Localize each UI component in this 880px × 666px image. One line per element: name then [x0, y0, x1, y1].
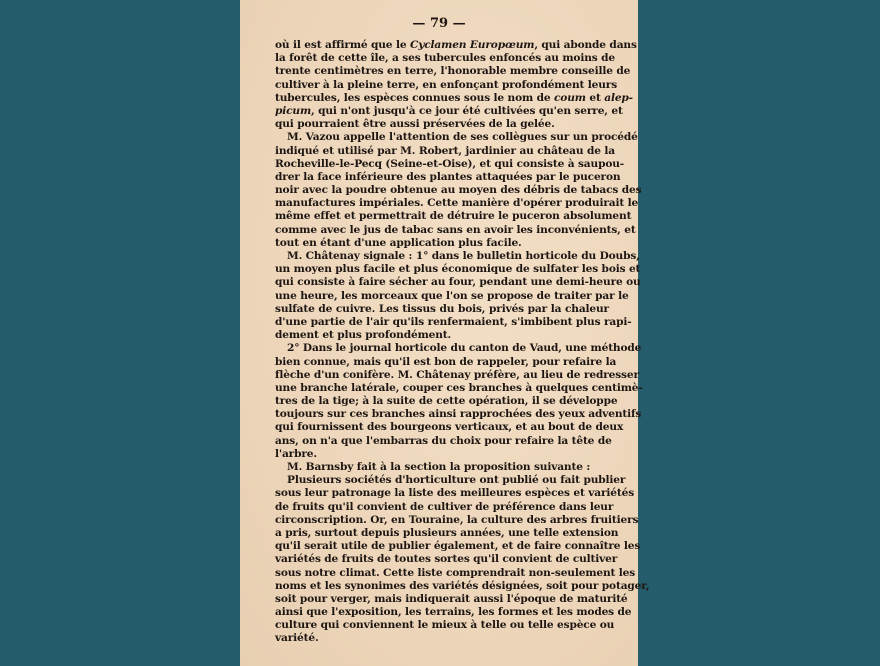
text-line: manufactures impériales. Cette manière d… — [275, 197, 609, 210]
text-line: flèche d'un conifère. M. Châtenay préfèr… — [275, 369, 609, 382]
scanned-page: — 79 — où il est affirmé que le Cyclamen… — [240, 0, 638, 666]
page-number: — 79 — — [240, 16, 638, 31]
text-line: toujours sur ces branches ainsi rapproch… — [275, 408, 609, 421]
text-line: drer la face inférieure des plantes atta… — [275, 171, 609, 184]
text-line: indiqué et utilisé par M. Robert, jardin… — [275, 145, 609, 158]
text-line: tres de la tige; à la suite de cette opé… — [275, 395, 609, 408]
text-line: une branche latérale, couper ces branche… — [275, 382, 609, 395]
text-line: a pris, surtout depuis plusieurs années,… — [275, 527, 609, 540]
text-line: de fruits qu'il convient de cultiver de … — [275, 501, 609, 514]
text-line: circonscription. Or, en Touraine, la cul… — [275, 514, 609, 527]
text-line: ainsi que l'exposition, les terrains, le… — [275, 606, 609, 619]
text-line: variétés de fruits de toutes sortes qu'i… — [275, 553, 609, 566]
text-line: variété. — [275, 632, 609, 645]
text-line: qui consiste à faire sécher au four, pen… — [275, 276, 609, 289]
text-line: la forêt de cette île, a ses tubercules … — [275, 52, 609, 65]
text-line: Plusieurs sociétés d'horticulture ont pu… — [275, 474, 609, 487]
text-line: sous notre climat. Cette liste comprendr… — [275, 567, 609, 580]
text-line: qui pourraient être aussi préservées de … — [275, 118, 609, 131]
text-line: culture qui conviennent le mieux à telle… — [275, 619, 609, 632]
text-line: sulfate de cuivre. Les tissus du bois, p… — [275, 303, 609, 316]
text-line: d'une partie de l'air qu'ils renfermaien… — [275, 316, 609, 329]
text-line: une heure, les morceaux que l'on se prop… — [275, 290, 609, 303]
text-line: soit pour verger, mais indiquerait aussi… — [275, 593, 609, 606]
text-line: qui fournissent des bourgeons verticaux,… — [275, 421, 609, 434]
text-line: M. Barnsby fait à la section la proposit… — [275, 461, 609, 474]
text-line: qu'il serait utile de publier également,… — [275, 540, 609, 553]
text-line: dement et plus profondément. — [275, 329, 609, 342]
text-line: trente centimètres en terre, l'honorable… — [275, 65, 609, 78]
text-line: ans, on n'a que l'embarras du choix pour… — [275, 435, 609, 448]
text-line: picum, qui n'ont jusqu'à ce jour été cul… — [275, 105, 609, 118]
text-line: tout en étant d'une application plus fac… — [275, 237, 609, 250]
text-line: 2° Dans le journal horticole du canton d… — [275, 342, 609, 355]
text-line: cultiver à la pleine terre, en enfonçant… — [275, 79, 609, 92]
text-line: bien connue, mais qu'il est bon de rappe… — [275, 356, 609, 369]
text-line: M. Vazou appelle l'attention de ses coll… — [275, 131, 609, 144]
text-line: même effet et permettrait de détruire le… — [275, 210, 609, 223]
text-line: sous leur patronage la liste des meilleu… — [275, 487, 609, 500]
text-line: noir avec la poudre obtenue au moyen des… — [275, 184, 609, 197]
body-text: où il est affirmé que le Cyclamen Europœ… — [275, 39, 609, 646]
text-line: noms et les synonimes des variétés désig… — [275, 580, 609, 593]
text-line: comme avec le jus de tabac sans en avoir… — [275, 224, 609, 237]
text-line: M. Châtenay signale : 1° dans le bulleti… — [275, 250, 609, 263]
text-line: l'arbre. — [275, 448, 609, 461]
text-line: où il est affirmé que le Cyclamen Europœ… — [275, 39, 609, 52]
text-line: un moyen plus facile et plus économique … — [275, 263, 609, 276]
text-line: tubercules, les espèces connues sous le … — [275, 92, 609, 105]
text-line: Rocheville-le-Pecq (Seine-et-Oise), et q… — [275, 158, 609, 171]
